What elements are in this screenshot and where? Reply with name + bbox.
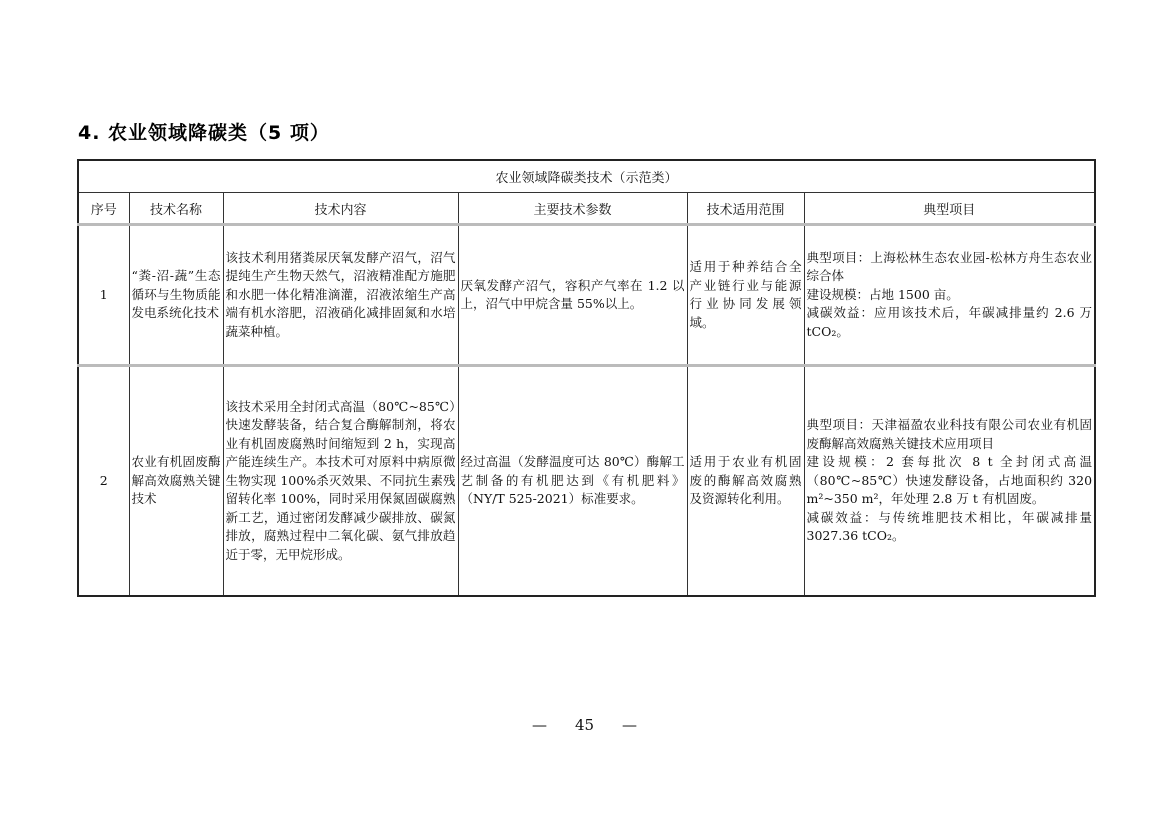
page-footer: —45— [0,716,1169,734]
row-project: 典型项目：天津福盈农业科技有限公司农业有机固废酶解高效腐熟关键技术应用项目 建设… [804,366,1095,597]
project-benefit: 减碳效益：应用该技术后，年碳减排量约 2.6 万 tCO₂。 [807,304,1093,341]
header-scope: 技术适用范围 [687,193,804,225]
row-content: 该技术采用全封闭式高温（80℃~85℃）快速发酵装备，结合复合酶解制剂，将农业有… [223,366,458,597]
row-project: 典型项目：上海松林生态农业园-松林方舟生态农业综合体 建设规模：占地 1500 … [804,225,1095,366]
header-project: 典型项目 [804,193,1095,225]
page-number: 45 [575,716,594,734]
project-name: 典型项目：天津福盈农业科技有限公司农业有机固废酶解高效腐熟关键技术应用项目 [807,416,1093,453]
dash-left: — [532,716,547,734]
project-benefit: 减碳效益：与传统堆肥技术相比，年碳减排量 3027.36 tCO₂。 [807,509,1093,546]
row-parameters: 经过高温（发酵温度可达 80℃）酶解工艺制备的有机肥达到《有机肥料》（NY/T … [458,366,687,597]
row-scope: 适用于种养结合全产业链行业与能源行业协同发展领域。 [687,225,804,366]
project-scale: 建设规模：2 套每批次 8 t 全封闭式高温（80℃~85℃）快速发酵设备，占地… [807,453,1093,509]
table-row: 2 农业有机固废酶解高效腐熟关键技术 该技术采用全封闭式高温（80℃~85℃）快… [78,366,1095,597]
row-name: 农业有机固废酶解高效腐熟关键技术 [129,366,223,597]
header-index: 序号 [78,193,129,225]
row-index: 1 [78,225,129,366]
row-parameters: 厌氧发酵产沼气，容积产气率在 1.2 以上，沼气中甲烷含量 55%以上。 [458,225,687,366]
header-parameters: 主要技术参数 [458,193,687,225]
row-content: 该技术利用猪粪尿厌氧发酵产沼气，沼气提纯生产生物天然气，沼液精准配方施肥和水肥一… [223,225,458,366]
dash-right: — [622,716,637,734]
technology-table: 农业领域降碳类技术（示范类） 序号 技术名称 技术内容 主要技术参数 技术适用范… [77,159,1096,597]
row-index: 2 [78,366,129,597]
section-title: 4. 农业领域降碳类（5 项） [78,118,330,145]
project-name: 典型项目：上海松林生态农业园-松林方舟生态农业综合体 [807,249,1093,286]
table-caption-row: 农业领域降碳类技术（示范类） [78,160,1095,193]
project-scale: 建设规模：占地 1500 亩。 [807,286,1093,305]
header-content: 技术内容 [223,193,458,225]
table-header-row: 序号 技术名称 技术内容 主要技术参数 技术适用范围 典型项目 [78,193,1095,225]
header-name: 技术名称 [129,193,223,225]
row-name: “粪-沼-蔬”生态循环与生物质能发电系统化技术 [129,225,223,366]
row-scope: 适用于农业有机固废的酶解高效腐熟及资源转化利用。 [687,366,804,597]
table-caption: 农业领域降碳类技术（示范类） [78,160,1095,193]
table-row: 1 “粪-沼-蔬”生态循环与生物质能发电系统化技术 该技术利用猪粪尿厌氧发酵产沼… [78,225,1095,366]
